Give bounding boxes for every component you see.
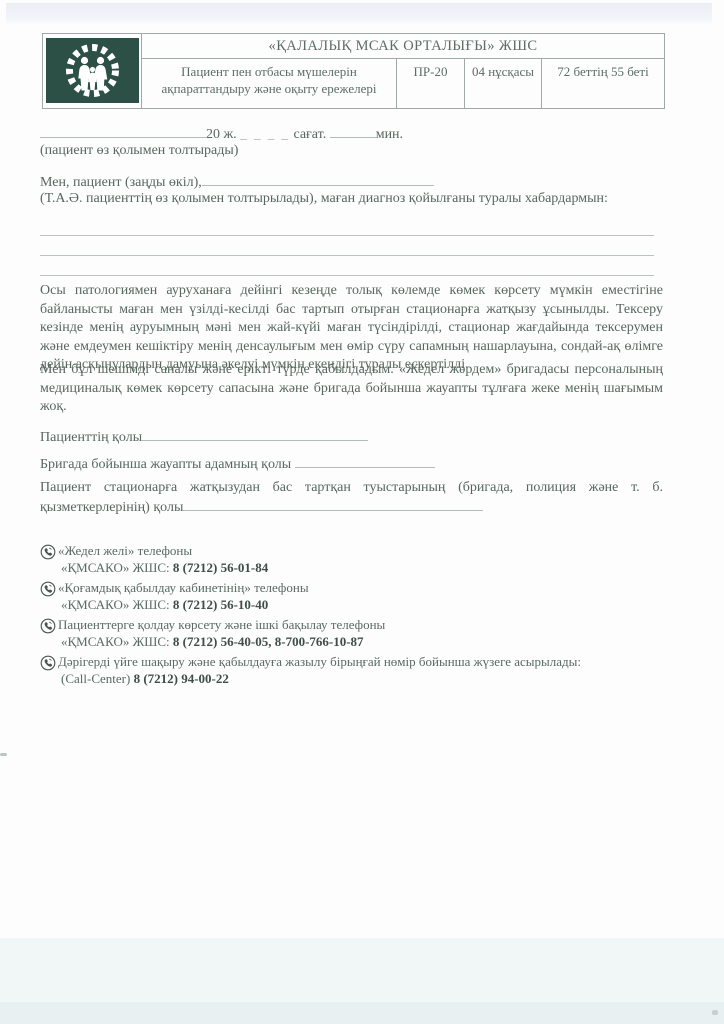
contact-number: 8 (7212) 56-01-84 <box>173 560 268 575</box>
contact-number: 8 (7212) 56-40-05, 8-700-766-10-87 <box>173 634 364 649</box>
hour-dash-placeholder: _ _ _ _ <box>240 126 290 141</box>
date-write-line <box>40 124 206 138</box>
document-header-table: «ҚАЛАЛЫҚ МСАК ОРТАЛЫҒЫ» ЖШС Пациент пен … <box>42 33 665 109</box>
contact-item-patient-support: Пациенттерге қолдау көрсету және ішкі ба… <box>40 617 665 650</box>
contact-number-line: «ҚМСАКО» ЖШС: 8 (7212) 56-40-05, 8-700-7… <box>58 634 385 651</box>
org-title: «ҚАЛАЛЫҚ МСАК ОРТАЛЫҒЫ» ЖШС <box>141 34 664 58</box>
family-in-dotted-circle-icon <box>43 38 141 103</box>
contact-label: Пациенттерге қолдау көрсету және ішкі ба… <box>58 617 385 634</box>
contact-text: Дәрігерді үйге шақыру және қабылдауға жа… <box>58 654 581 687</box>
scan-artifact-bottom-strip <box>0 1002 724 1024</box>
contact-text: «Жедел желі» телефоны «ҚМСАКО» ЖШС: 8 (7… <box>58 543 268 576</box>
patient-signature-label: Пациенттің қолы <box>40 430 142 445</box>
diagnosis-blank-line <box>40 236 654 256</box>
patient-name-write-line <box>202 172 434 186</box>
fio-note: (Т.А.Ә. пациенттің өз қолымен толтырылад… <box>40 191 608 207</box>
patient-intro-label: Мен, пациент (заңды өкіл), <box>40 175 202 190</box>
contact-number-line: (Call-Center) 8 (7212) 94-00-22 <box>58 671 581 688</box>
contact-number: 8 (7212) 56-10-40 <box>173 597 268 612</box>
brigade-signature-row: Бригада бойынша жауапты адамның қолы <box>40 454 435 473</box>
contact-org: «ҚМСАКО» ЖШС: <box>61 634 170 649</box>
contact-org: (Call-Center) <box>61 671 130 686</box>
doc-pages-cell: 72 беттің 55 беті <box>541 58 664 108</box>
contact-item-call-center: Дәрігерді үйге шақыру және қабылдауға жа… <box>40 654 665 687</box>
phone-call-icon <box>40 581 58 602</box>
phone-call-icon <box>40 618 58 639</box>
contact-org: «ҚМСАКО» ЖШС: <box>61 560 170 575</box>
relatives-signature-line <box>183 498 483 511</box>
contact-label: Дәрігерді үйге шақыру және қабылдауға жа… <box>58 654 581 671</box>
paragraph-relatives-signature: Пациент стационарға жатқызудан бас тартқ… <box>40 479 663 517</box>
contact-label: «Жедел желі» телефоны <box>58 543 268 560</box>
org-logo <box>43 34 141 108</box>
hour-label: сағат. <box>293 127 326 142</box>
contact-number-line: «ҚМСАКО» ЖШС: 8 (7212) 56-01-84 <box>58 560 268 577</box>
diagnosis-blank-line <box>40 256 654 276</box>
datetime-fill-line: 20 ж. _ _ _ _ сағат. мин. <box>40 124 660 143</box>
contact-item-hotline: «Жедел желі» телефоны «ҚМСАКО» ЖШС: 8 (7… <box>40 543 665 576</box>
patient-signature-row: Пациенттің қолы <box>40 427 368 446</box>
contact-text: «Қоғамдық қабылдау кабинетінің» телефоны… <box>58 580 309 613</box>
patient-signature-line <box>142 427 368 441</box>
scan-artifact-corner-dot <box>712 1010 718 1015</box>
minute-label: мин. <box>376 127 403 142</box>
scan-artifact-smudge <box>0 753 7 756</box>
paragraph-decision: Мен бұл шешімді саналы және ерікті түрде… <box>40 361 663 417</box>
scan-artifact-bottom-band <box>0 938 724 1002</box>
doc-version-cell: 04 нұсқасы <box>464 58 541 108</box>
diagnosis-blank-line <box>40 216 654 236</box>
fill-by-patient-note: (пациент өз қолымен толтырады) <box>40 143 238 159</box>
scan-artifact-top-band <box>6 3 712 25</box>
contact-phone-list: «Жедел желі» телефоны «ҚМСАКО» ЖШС: 8 (7… <box>40 543 665 691</box>
year-label: 20 ж. <box>206 127 237 142</box>
brigade-signature-line <box>295 454 435 468</box>
brigade-signature-label: Бригада бойынша жауапты адамның қолы <box>40 457 291 472</box>
patient-name-line: Мен, пациент (заңды өкіл), <box>40 172 660 191</box>
doc-title-cell: Пациент пен отбасы мүшелерін ақпараттанд… <box>141 58 396 108</box>
contact-org: «ҚМСАКО» ЖШС: <box>61 597 170 612</box>
minute-write-line <box>330 124 376 138</box>
diagnosis-blank-lines <box>40 216 654 276</box>
contact-number: 8 (7212) 94-00-22 <box>134 671 229 686</box>
phone-call-icon <box>40 544 58 565</box>
contact-item-public-reception: «Қоғамдық қабылдау кабинетінің» телефоны… <box>40 580 665 613</box>
scanned-document-page: «ҚАЛАЛЫҚ МСАК ОРТАЛЫҒЫ» ЖШС Пациент пен … <box>0 0 724 1024</box>
contact-number-line: «ҚМСАКО» ЖШС: 8 (7212) 56-10-40 <box>58 597 309 614</box>
doc-code-cell: ПР-20 <box>396 58 464 108</box>
phone-call-icon <box>40 655 58 676</box>
contact-text: Пациенттерге қолдау көрсету және ішкі ба… <box>58 617 385 650</box>
contact-label: «Қоғамдық қабылдау кабинетінің» телефоны <box>58 580 309 597</box>
